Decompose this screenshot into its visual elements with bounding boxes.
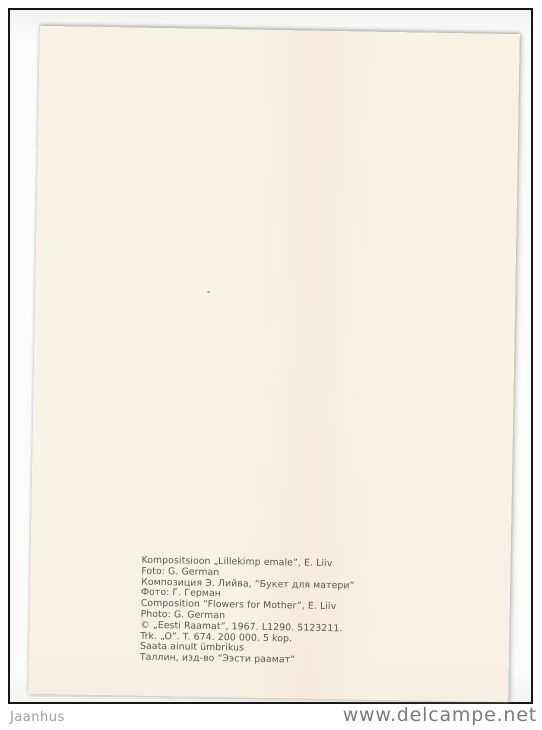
seller-watermark: Jaanhus bbox=[10, 710, 65, 725]
paper-speck bbox=[207, 291, 210, 293]
credits-block: Kompositsioon „Lillekimp emale”, E. Liiv… bbox=[140, 556, 472, 670]
scan-frame: Kompositsioon „Lillekimp emale”, E. Liiv… bbox=[8, 8, 533, 704]
delcampe-watermark: www.delcampe.net bbox=[343, 704, 537, 726]
scanned-postcard-page: Kompositsioon „Lillekimp emale”, E. Liiv… bbox=[0, 0, 542, 730]
postcard-back: Kompositsioon „Lillekimp emale”, E. Liiv… bbox=[28, 26, 520, 702]
